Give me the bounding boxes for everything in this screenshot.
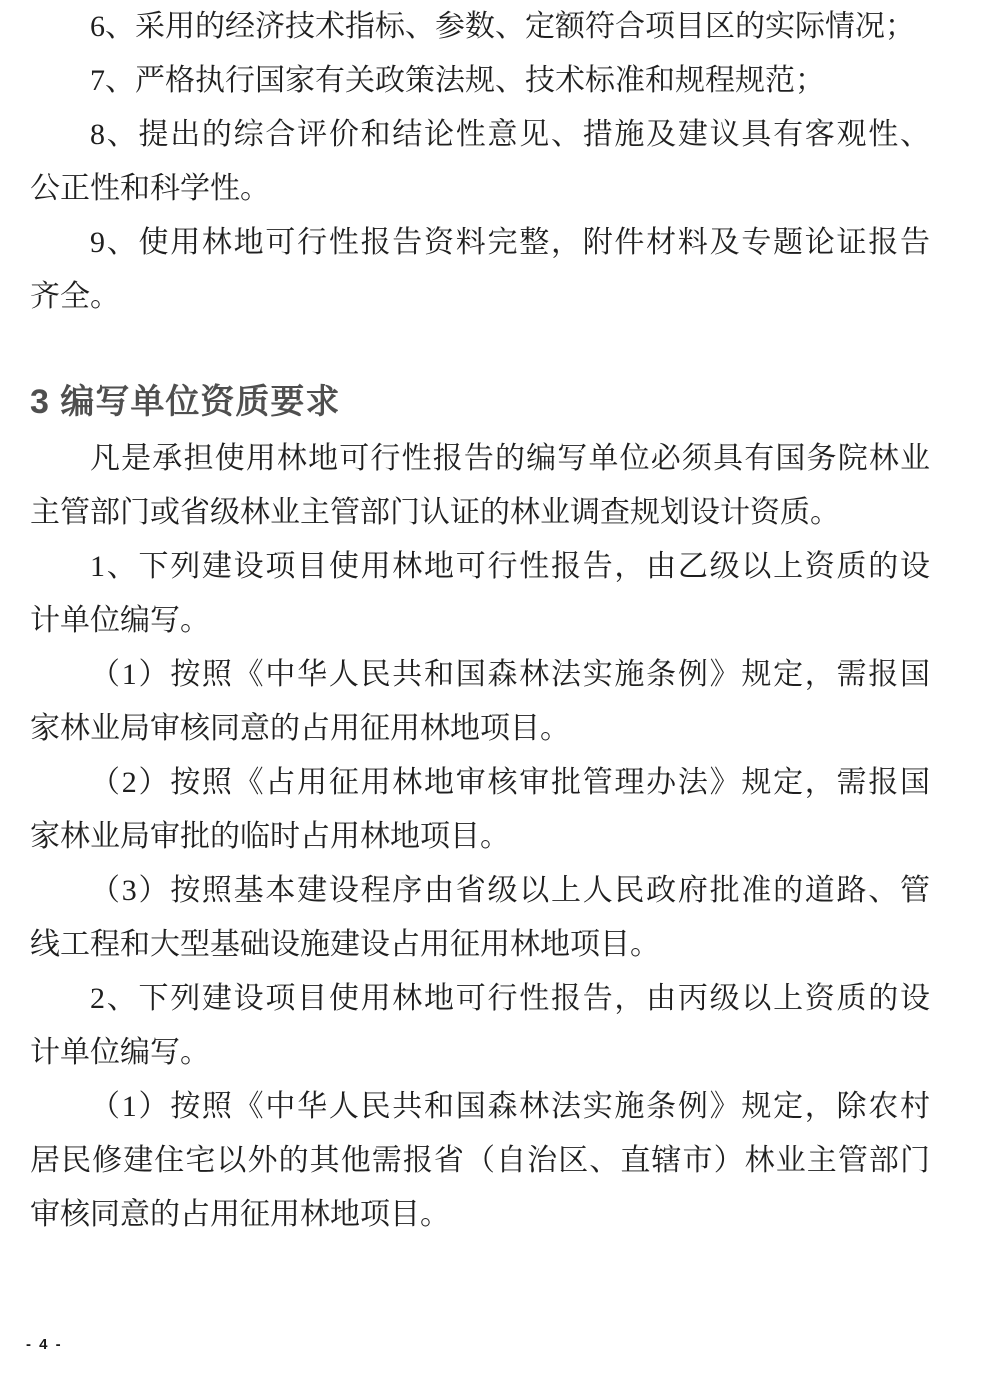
text-line: 主管部门或省级林业主管部门认证的林业调查规划设计资质。 bbox=[30, 486, 930, 540]
text-line: （1）按照《中华人民共和国森林法实施条例》规定，需报国 bbox=[30, 648, 930, 702]
text-line: 家林业局审批的临时占用林地项目。 bbox=[30, 810, 930, 864]
paragraph: 7、严格执行国家有关政策法规、技术标准和规程规范； bbox=[30, 54, 930, 108]
text-line: （1）按照《中华人民共和国森林法实施条例》规定，除农村 bbox=[30, 1080, 930, 1134]
paragraph: （1）按照《中华人民共和国森林法实施条例》规定，除农村 居民修建住宅以外的其他需… bbox=[30, 1080, 930, 1242]
paragraph: （2）按照《占用征用林地审核审批管理办法》规定，需报国 家林业局审批的临时占用林… bbox=[30, 756, 930, 864]
text-line: 8、提出的综合评价和结论性意见、措施及建议具有客观性、 bbox=[30, 108, 930, 162]
paragraph: 8、提出的综合评价和结论性意见、措施及建议具有客观性、 公正性和科学性。 bbox=[30, 108, 930, 216]
text-line: 计单位编写。 bbox=[30, 1026, 930, 1080]
text-line: 齐全。 bbox=[30, 270, 930, 324]
paragraph: 凡是承担使用林地可行性报告的编写单位必须具有国务院林业 主管部门或省级林业主管部… bbox=[30, 432, 930, 540]
text-line: （2）按照《占用征用林地审核审批管理办法》规定，需报国 bbox=[30, 756, 930, 810]
text-line: （3）按照基本建设程序由省级以上人民政府批准的道路、管 bbox=[30, 864, 930, 918]
paragraph: （1）按照《中华人民共和国森林法实施条例》规定，需报国 家林业局审核同意的占用征… bbox=[30, 648, 930, 756]
text-line: 计单位编写。 bbox=[30, 594, 930, 648]
text-line: 凡是承担使用林地可行性报告的编写单位必须具有国务院林业 bbox=[30, 432, 930, 486]
text-line: 审核同意的占用征用林地项目。 bbox=[30, 1188, 930, 1242]
paragraph: 2、下列建设项目使用林地可行性报告，由丙级以上资质的设 计单位编写。 bbox=[30, 972, 930, 1080]
section-heading: 3 编写单位资质要求 bbox=[30, 375, 930, 429]
text-line: 线工程和大型基础设施建设占用征用林地项目。 bbox=[30, 918, 930, 972]
paragraph: 9、使用林地可行性报告资料完整，附件材料及专题论证报告 齐全。 bbox=[30, 216, 930, 324]
text-line: 2、下列建设项目使用林地可行性报告，由丙级以上资质的设 bbox=[30, 972, 930, 1026]
text-line: 公正性和科学性。 bbox=[30, 162, 930, 216]
paragraph: （3）按照基本建设程序由省级以上人民政府批准的道路、管 线工程和大型基础设施建设… bbox=[30, 864, 930, 972]
page-number: - 4 - bbox=[26, 1336, 63, 1353]
document-page: 6、采用的经济技术指标、参数、定额符合项目区的实际情况； 7、严格执行国家有关政… bbox=[30, 0, 930, 1242]
text-line: 6、采用的经济技术指标、参数、定额符合项目区的实际情况； bbox=[30, 0, 930, 54]
text-line: 1、下列建设项目使用林地可行性报告，由乙级以上资质的设 bbox=[30, 540, 930, 594]
paragraph: 6、采用的经济技术指标、参数、定额符合项目区的实际情况； bbox=[30, 0, 930, 54]
text-line: 9、使用林地可行性报告资料完整，附件材料及专题论证报告 bbox=[30, 216, 930, 270]
text-line: 居民修建住宅以外的其他需报省（自治区、直辖市）林业主管部门 bbox=[30, 1134, 930, 1188]
text-line: 7、严格执行国家有关政策法规、技术标准和规程规范； bbox=[30, 54, 930, 108]
paragraph: 1、下列建设项目使用林地可行性报告，由乙级以上资质的设 计单位编写。 bbox=[30, 540, 930, 648]
text-line: 家林业局审核同意的占用征用林地项目。 bbox=[30, 702, 930, 756]
